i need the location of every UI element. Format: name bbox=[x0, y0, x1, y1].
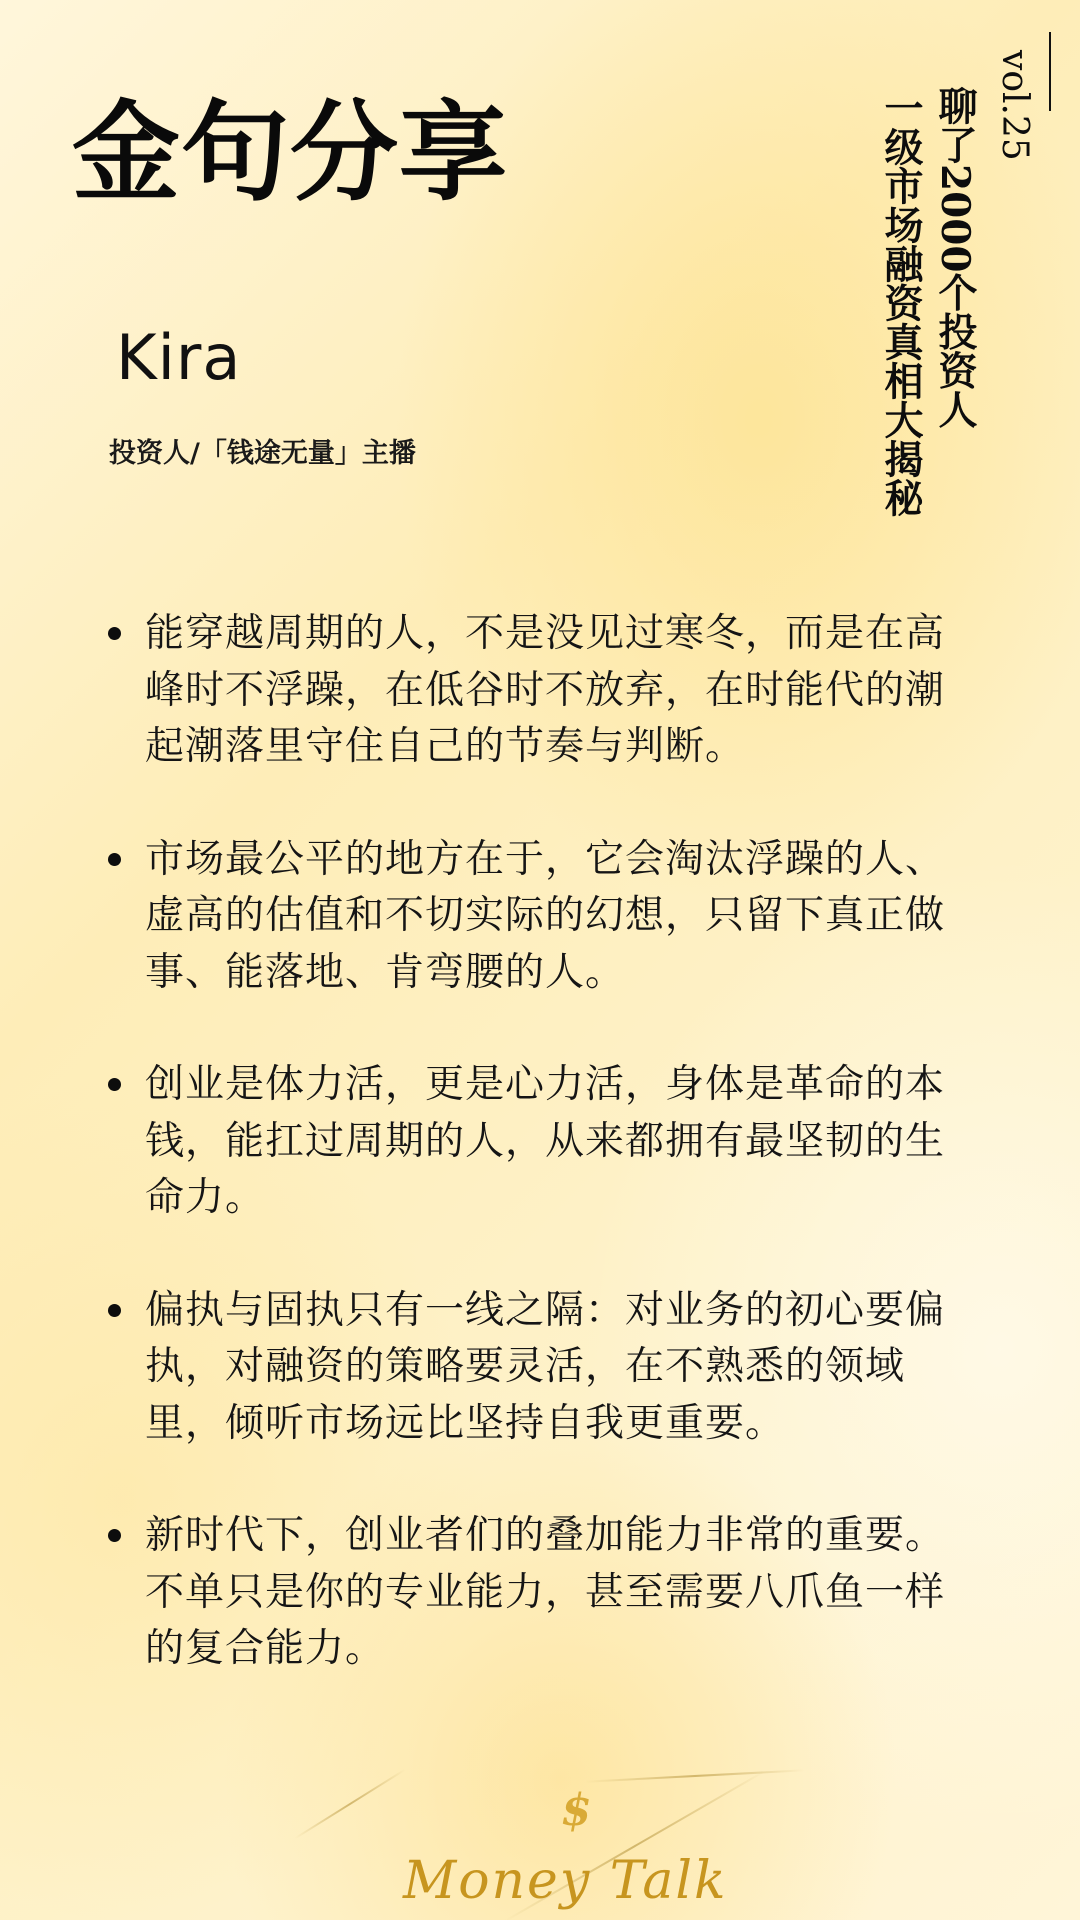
money-talk-logo: 钱途无量 $ Money Talk bbox=[285, 1745, 815, 1915]
quote-item: 新时代下，创业者们的叠加能力非常的重要。不单只是你的专业能力，甚至需要八爪鱼一样… bbox=[100, 1508, 957, 1678]
quote-item: 偏执与固执只有一线之隔：对业务的初心要偏执，对融资的策略要灵活，在不熟悉的领域里… bbox=[100, 1283, 957, 1453]
bullet-icon bbox=[108, 627, 121, 640]
page-title: 金句分享 bbox=[72, 88, 508, 218]
quote-item: 市场最公平的地方在于，它会淘汰浮躁的人、虚高的估值和不切实际的幻想，只留下真正做… bbox=[100, 832, 957, 1002]
decorative-divider-line bbox=[1049, 32, 1051, 111]
quote-text: 偏执与固执只有一线之隔：对业务的初心要偏执，对融资的策略要灵活，在不熟悉的领域里… bbox=[145, 1288, 945, 1446]
bullet-icon bbox=[108, 853, 121, 866]
quote-text: 能穿越周期的人，不是没见过寒冬，而是在高峰时不浮躁，在低谷时不放弃，在时能代的潮… bbox=[145, 611, 945, 769]
bullet-icon bbox=[108, 1304, 121, 1317]
quote-text: 市场最公平的地方在于，它会淘汰浮躁的人、虚高的估值和不切实际的幻想，只留下真正做… bbox=[145, 837, 945, 995]
quote-item: 创业是体力活，更是心力活，身体是革命的本钱，能扛过周期的人，从来都拥有最坚韧的生… bbox=[100, 1057, 957, 1227]
logo-chinese-wordmark: 钱途无量 bbox=[293, 1745, 813, 1855]
speaker-name: Kira bbox=[116, 318, 241, 398]
quote-text: 新时代下，创业者们的叠加能力非常的重要。不单只是你的专业能力，甚至需要八爪鱼一样… bbox=[145, 1513, 945, 1671]
bullet-icon bbox=[108, 1529, 121, 1542]
quote-item: 能穿越周期的人，不是没见过寒冬，而是在高峰时不浮躁，在低谷时不放弃，在时能代的潮… bbox=[100, 606, 957, 776]
vertical-subtitle-1: 聊了2000个投资人 bbox=[935, 86, 975, 429]
speaker-role: 投资人/「钱途无量」主播 bbox=[109, 436, 416, 472]
quote-list: 能穿越周期的人，不是没见过寒冬，而是在高峰时不浮躁，在低谷时不放弃，在时能代的潮… bbox=[100, 606, 970, 1734]
logo-char: 途 bbox=[387, 1745, 504, 1855]
logo-char: 量 bbox=[647, 1745, 764, 1855]
quote-text: 创业是体力活，更是心力活，身体是革命的本钱，能扛过周期的人，从来都拥有最坚韧的生… bbox=[145, 1062, 945, 1220]
vertical-subtitle-2: 一级市场融资真相大揭秘 bbox=[881, 88, 921, 517]
logo-char: 钱 bbox=[285, 1745, 402, 1855]
bullet-icon bbox=[108, 1078, 121, 1091]
volume-label: vol.25 bbox=[996, 50, 1032, 161]
dollar-icon: $ bbox=[561, 1785, 592, 1836]
logo-english-wordmark: Money Talk bbox=[403, 1849, 728, 1913]
